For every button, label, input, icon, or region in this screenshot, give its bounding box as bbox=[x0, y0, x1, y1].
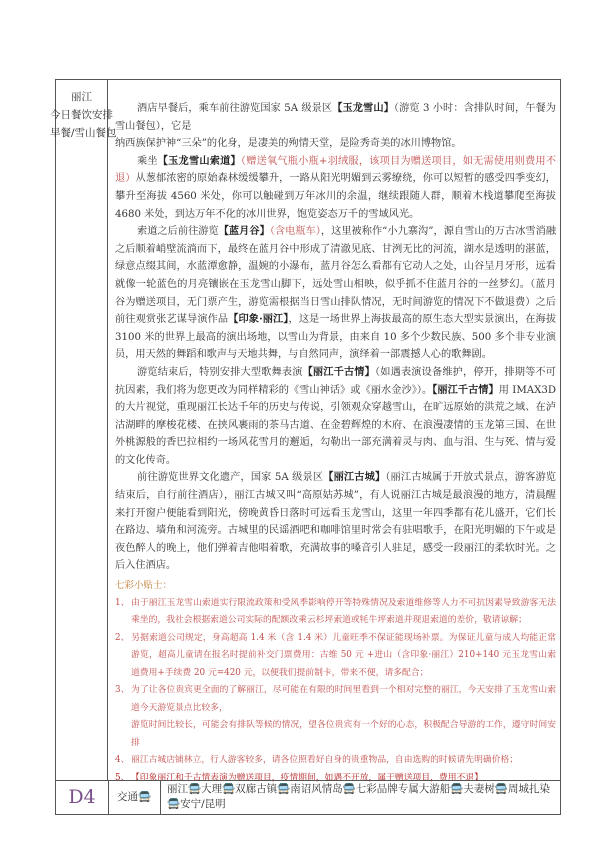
tip-item: 游览时间比较长，可能会有排队等候的情况，望各位贵宾有一个好的心态，积极配合导游的… bbox=[115, 717, 556, 752]
tip-item: 2、另据索道公司规定，身高超高 1.4 米（含 1.4 米）儿童旺季不保证能现场… bbox=[115, 630, 556, 683]
paragraph-text: 索道之后前往游览 bbox=[137, 226, 219, 237]
attraction-name: 【玉龙雪山】 bbox=[332, 102, 394, 114]
attraction-name: 【丽江千古情】 bbox=[432, 384, 499, 396]
tips-title: 七彩小贴士： bbox=[115, 577, 556, 595]
day3-meta-cell: 丽江 今日餐饮安排 早餐/雪山餐包 bbox=[56, 80, 108, 780]
tip-text: 由于丽江玉龙雪山索道实行限流政策和受风季影响停开等特殊情况及索道维修等人力不可抗… bbox=[131, 598, 556, 626]
tip-number: 4、 bbox=[115, 752, 131, 770]
tips-list: 1、由于丽江玉龙雪山索道实行限流政策和受风季影响停开等特殊情况及索道维修等人力不… bbox=[115, 595, 556, 788]
description-paragraph: 前往游览世界文化遗产，国家 5A 级景区【丽江古城】（丽江古城属于开放式景点，游… bbox=[115, 469, 556, 575]
tip-text: 另据索道公司规定，身高超高 1.4 米（含 1.4 米）儿童旺季不保证能现场补票… bbox=[131, 633, 556, 678]
paragraph-text: 纳西族保护神“三朵”的化身，是凄美的殉情天堂，是险秀奇美的冰川博物馆。 bbox=[115, 138, 462, 149]
meals-heading: 今日餐饮安排 bbox=[50, 106, 113, 124]
description-paragraph: 乘坐【玉龙雪山索道】（赠送氧气瓶小瓶+羽绒服，该项目为赠送项目，如无需使用则费用… bbox=[115, 153, 556, 223]
description-paragraph: 游览结束后，特别安排大型歌舞表演【丽江千古情】（如遇表演设备维护，停开，排期等不… bbox=[115, 364, 556, 470]
attraction-name: 【丽江古城】 bbox=[323, 471, 385, 483]
description-paragraph: 索道之后前往游览【蓝月谷】（含电瓶车），这里被称作“小九寨沟”，源自雪山的万古冰… bbox=[115, 223, 556, 364]
tip-text: 丽江古城店铺林立，行人游客较多，请各位照看好自身的贵重物品，自由选购的时候请先明… bbox=[131, 755, 518, 765]
transport-label: 交通🚍 bbox=[109, 781, 161, 814]
paragraph-text: 游览结束后，特别安排大型歌舞表演 bbox=[137, 367, 303, 378]
meals-value: 早餐/雪山餐包 bbox=[50, 124, 113, 142]
description-paragraph: 酒店早餐后，乘车前往游览国家 5A 级景区【玉龙雪山】（游览 3 小时：含排队时… bbox=[115, 100, 556, 135]
paragraph-text: （丽江古城属于开放式景点，游客游览结束后，自行前往酒店），丽江古城又叫“高原姑苏… bbox=[115, 472, 556, 571]
paragraph-text: 从葱郁浓密的原始森林缓缓攀升，一路从阳光明媚到云雾缭绕，你可以短暂的感受四季变幻… bbox=[115, 173, 556, 219]
description-paragraph: 纳西族保护神“三朵”的化身，是凄美的殉情天堂，是险秀奇美的冰川博物馆。 bbox=[115, 135, 556, 153]
day-label: D4 bbox=[56, 781, 109, 814]
route-text: 丽江🚍大理🚍双廊古镇🚍南诏风情岛🚍七彩品牌专属大游船🚍夫妻树🚍周城扎染🚍安宁/昆… bbox=[161, 781, 560, 814]
tip-text: 游览时间比较长，可能会有排队等候的情况，望各位贵宾有一个好的心态，积极配合导游的… bbox=[131, 720, 556, 748]
itinerary-table: 丽江 今日餐饮安排 早餐/雪山餐包 酒店早餐后，乘车前往游览国家 5A 级景区【… bbox=[55, 79, 561, 815]
tip-text: 为了让各位贵宾更全面的了解丽江，尽可能在有限的时间里看到一个相对完整的丽江，今天… bbox=[131, 685, 556, 713]
paragraph-text: 乘坐 bbox=[137, 156, 158, 167]
description-paragraphs: 酒店早餐后，乘车前往游览国家 5A 级景区【玉龙雪山】（游览 3 小时：含排队时… bbox=[115, 100, 556, 575]
paragraph-text: 前往游览世界文化遗产，国家 5A 级景区 bbox=[137, 472, 323, 483]
note-text: （含电瓶车） bbox=[270, 226, 321, 237]
paragraph-text: 用 IMAX3D 的大片视觉，重现丽江长达千年的历史与传说，引领观众穿越雪山，在… bbox=[115, 385, 556, 466]
attraction-name: 【印象·丽江】 bbox=[228, 313, 288, 325]
day4-row: D4 交通🚍 丽江🚍大理🚍双廊古镇🚍南诏风情岛🚍七彩品牌专属大游船🚍夫妻树🚍周城… bbox=[55, 780, 561, 815]
paragraph-text: ，这里被称作“小九寨沟”，源自雪山的万古冰雪消融之后顺着峭壁流淌而下，最终在蓝月… bbox=[115, 226, 556, 325]
tip-number: 1、 bbox=[115, 595, 131, 613]
day3-row: 丽江 今日餐饮安排 早餐/雪山餐包 酒店早餐后，乘车前往游览国家 5A 级景区【… bbox=[55, 80, 561, 780]
attraction-name: 【玉龙雪山索道】 bbox=[158, 155, 241, 167]
paragraph-text: 酒店早餐后，乘车前往游览国家 5A 级景区 bbox=[137, 103, 332, 114]
attraction-name: 【丽江千古情】 bbox=[303, 366, 375, 378]
tip-item: 4、丽江古城店铺林立，行人游客较多，请各位照看好自身的贵重物品，自由选购的时候请… bbox=[115, 752, 556, 770]
day3-description-cell: 酒店早餐后，乘车前往游览国家 5A 级景区【玉龙雪山】（游览 3 小时：含排队时… bbox=[109, 80, 560, 787]
tip-number: 3、 bbox=[115, 682, 131, 700]
tip-item: 3、为了让各位贵宾更全面的了解丽江，尽可能在有限的时间里看到一个相对完整的丽江，… bbox=[115, 682, 556, 717]
tip-item: 1、由于丽江玉龙雪山索道实行限流政策和受风季影响停开等特殊情况及索道维修等人力不… bbox=[115, 595, 556, 630]
attraction-name: 【蓝月谷】 bbox=[219, 225, 270, 237]
tip-number: 2、 bbox=[115, 630, 131, 648]
city-label: 丽江 bbox=[50, 88, 113, 106]
